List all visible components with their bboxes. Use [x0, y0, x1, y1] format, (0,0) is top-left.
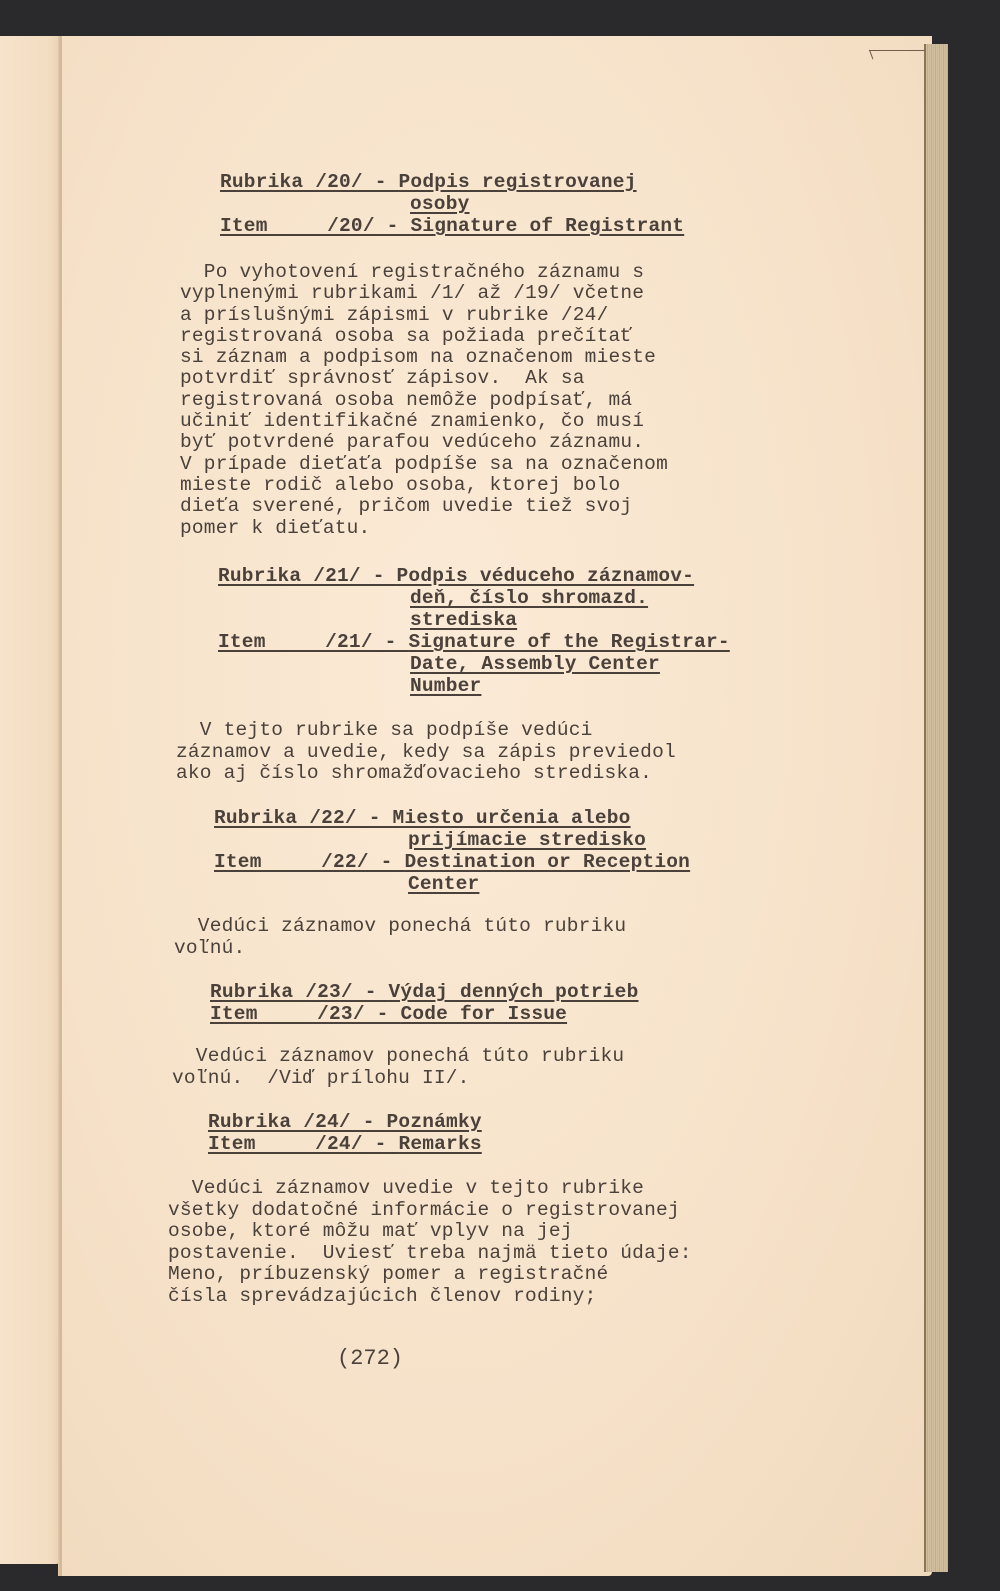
section-20-heading: Rubrika /20/ - Podpis registrovanej [220, 172, 637, 194]
section-24-body: Vedúci záznamov uvedie v tejto rubrikevš… [168, 1178, 692, 1307]
left-page-edge [0, 36, 62, 1564]
item-title: Signature of Registrant [410, 215, 684, 237]
section-22-item: Item /22/ - Destination or Reception [214, 852, 690, 874]
section-23-item: Item /23/ - Code for Issue [210, 1004, 567, 1026]
corner-mark [869, 50, 925, 51]
section-21-item: Item /21/ - Signature of the Registrar- [218, 632, 730, 654]
item-label: Item /20/ - [220, 215, 410, 237]
section-24-heading: Rubrika /24/ - Poznámky [208, 1112, 482, 1134]
section-21-heading: Rubrika /21/ - Podpis véduceho záznamov- [218, 566, 694, 588]
page-number: (272) [337, 1346, 403, 1371]
section-22-body: Vedúci záznamov ponechá túto rubrikuvoľn… [174, 916, 626, 959]
rubrika-title-cont: osoby [410, 193, 470, 215]
rubrika-label: Rubrika /20/ - [220, 171, 399, 193]
page-stack-edge [924, 44, 948, 1572]
section-20-item: Item /20/ - Signature of Registrant [220, 216, 684, 238]
section-23-heading: Rubrika /23/ - Výdaj denných potrieb [210, 982, 638, 1004]
section-24-item: Item /24/ - Remarks [208, 1134, 482, 1156]
section-20-body: Po vyhotovení registračného záznamu svyp… [180, 262, 668, 539]
section-23-body: Vedúci záznamov ponechá túto rubrikuvoľn… [172, 1046, 624, 1089]
section-21-body: V tejto rubrike sa podpíše vedúcizáznamo… [176, 720, 676, 785]
rubrika-title: Podpis registrovanej [399, 171, 637, 193]
section-22-heading: Rubrika /22/ - Miesto určenia alebo [214, 808, 631, 830]
